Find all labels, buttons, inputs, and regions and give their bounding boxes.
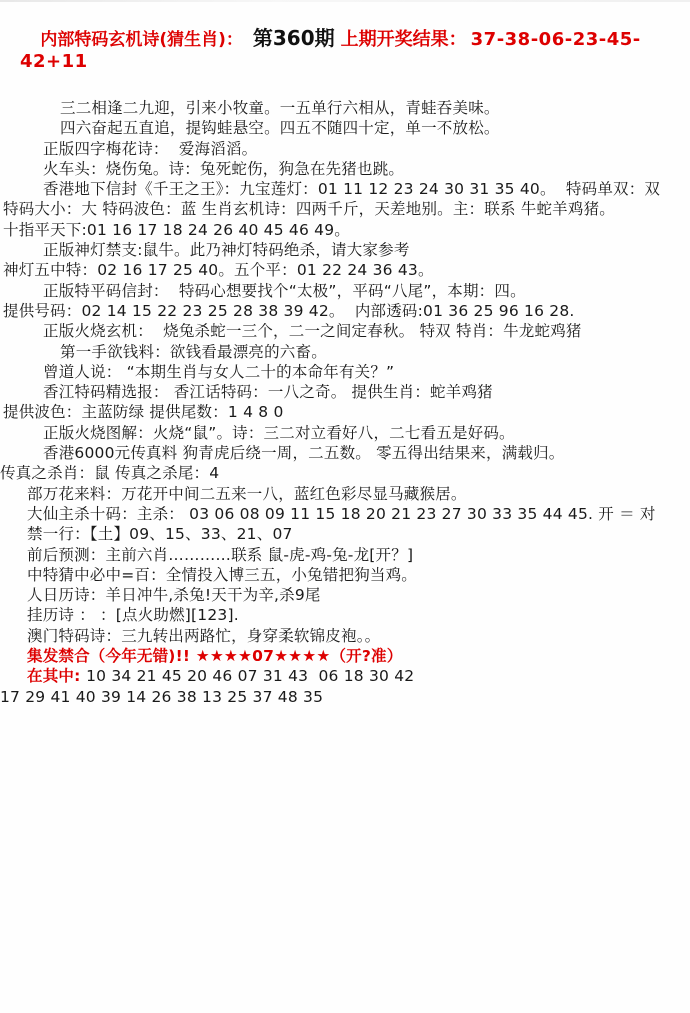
text-segment: 部万花来料：万花开中间二五来一八，蓝红色彩尽显马藏猴居。 (27, 485, 467, 503)
text-line: 正版神灯禁支:鼠牛。此乃神灯特码绝杀，请大家参考 (0, 240, 690, 260)
text-line: 挂历诗 ： ：[点火助燃][123]. (0, 605, 690, 625)
text-line: 提供波色：主蓝防绿 提供尾数：1 4 8 0 (0, 402, 690, 422)
content-lines: 三二相逢二九迎，引来小牧童。一五单行六相从，青蛙吞美味。四六奋起五直追，提钩蛙悬… (0, 97, 690, 707)
tip-sheet-page: 内部特码玄机诗(猜生肖)：第360期上期开奖结果：37-38-06-23-45-… (0, 0, 690, 1013)
text-line: 火车头：烧伤兔。诗：兔死蛇伤，狗急在先猪也跳。 (0, 159, 690, 179)
text-line: 十指平天下:01 16 17 18 24 26 40 45 46 49。 (0, 220, 690, 240)
text-line: 提供号码：02 14 15 22 23 25 28 38 39 42。 内部透码… (0, 301, 690, 321)
text-segment: 香港地下信封《千王之王》：九宝莲灯：01 11 12 23 24 30 31 3… (43, 180, 660, 198)
text-line: 正版火烧图解：火烧“鼠”。诗：三二对立看好八，二七看五是好码。 (0, 423, 690, 443)
previous-draw-label: 上期开奖结果： (341, 29, 467, 50)
text-segment: 人日历诗：羊日冲牛,杀兔!天干为辛,杀9尾 (27, 586, 321, 604)
text-line: 四六奋起五直追，提钩蛙悬空。四五不随四十定，单一不放松。 (0, 118, 690, 138)
text-segment: 第一手欲钱料：欲钱看最漂亮的六畜。 (60, 343, 327, 361)
text-segment: 香江特码精选报： 香江话特码：一八之奇。 提供生肖：蛇羊鸡猪 (43, 383, 493, 401)
text-line: 三二相逢二九迎，引来小牧童。一五单行六相从，青蛙吞美味。 (0, 98, 690, 118)
text-segment: 挂历诗 ： ：[点火助燃][123]. (27, 606, 239, 624)
header-title: 内部特码玄机诗(猜生肖)： (40, 30, 243, 50)
text-line: 香江特码精选报： 香江话特码：一八之奇。 提供生肖：蛇羊鸡猪 (0, 382, 690, 402)
text-segment: 火车头：烧伤兔。诗：兔死蛇伤，狗急在先猪也跳。 (43, 160, 404, 178)
scan-edge-artifact (0, 0, 690, 2)
text-segment: 在其中: (27, 667, 86, 685)
text-line: 澳门特码诗：三九转出两路忙，身穿柔软锦皮袍。。 (0, 626, 690, 646)
text-line: 香港6000元传真料 狗青虎后绕一周，二五数。 零五得出结果来，满载归。 (0, 443, 690, 463)
text-segment: 澳门特码诗：三九转出两路忙，身穿柔软锦皮袍。。 (27, 627, 380, 645)
text-segment: 禁一行：【土】09、15、33、21、07 (27, 525, 293, 543)
text-segment: 正版神灯禁支:鼠牛。此乃神灯特码绝杀，请大家参考 (43, 241, 410, 259)
text-line: 集发禁合（今年无错)!! ★★★★07★★★★（开?准） (0, 646, 690, 666)
text-segment: 17 29 41 40 39 14 26 38 13 25 37 48 35 (0, 688, 323, 706)
text-segment: 正版四字梅花诗： 爱海滔滔。 (43, 140, 257, 158)
page-header: 内部特码玄机诗(猜生肖)：第360期上期开奖结果：37-38-06-23-45-… (0, 0, 690, 97)
text-line: 部万花来料：万花开中间二五来一八，蓝红色彩尽显马藏猴居。 (0, 484, 690, 504)
issue-number: 第360期 (243, 26, 341, 50)
text-segment: 十指平天下:01 16 17 18 24 26 40 45 46 49。 (3, 221, 350, 239)
text-line: 人日历诗：羊日冲牛,杀兔!天干为辛,杀9尾 (0, 585, 690, 605)
text-line: 正版四字梅花诗： 爱海滔滔。 (0, 139, 690, 159)
text-line: 禁一行：【土】09、15、33、21、07 (0, 524, 690, 544)
text-segment: 大仙主杀十码：主杀： 03 06 08 09 11 15 18 20 21 23… (27, 505, 656, 523)
text-line: 曾道人说： “本期生肖与女人二十的本命年有关？” (0, 362, 690, 382)
text-segment: 特码大小：大 特码波色：蓝 生肖玄机诗：四两千斤，天差地别。主：联系 牛蛇羊鸡猪… (3, 200, 615, 218)
text-line: 正版火烧玄机： 烧兔杀蛇一三个，二一之间定春秋。 特双 特肖：牛龙蛇鸡猪 (0, 321, 690, 341)
text-segment: 前后预测：主前六肖…………联系 鼠-虎-鸡-兔-龙[开？] (27, 546, 413, 564)
text-segment: 正版火烧玄机： 烧兔杀蛇一三个，二一之间定春秋。 特双 特肖：牛龙蛇鸡猪 (43, 322, 582, 340)
text-line: 大仙主杀十码：主杀： 03 06 08 09 11 15 18 20 21 23… (0, 504, 690, 524)
text-line: 神灯五中特：02 16 17 25 40。五个平：01 22 24 36 43。 (0, 260, 690, 280)
text-segment: 神灯五中特：02 16 17 25 40。五个平：01 22 24 36 43。 (3, 261, 434, 279)
text-segment: 提供波色：主蓝防绿 提供尾数：1 4 8 0 (3, 403, 284, 421)
text-segment: 三二相逢二九迎，引来小牧童。一五单行六相从，青蛙吞美味。 (60, 99, 500, 117)
text-line: 前后预测：主前六肖…………联系 鼠-虎-鸡-兔-龙[开？] (0, 545, 690, 565)
text-segment: 正版特平码信封： 特码心想要找个“太极”，平码“八尾”，本期：四。 (43, 282, 526, 300)
text-line: 香港地下信封《千王之王》：九宝莲灯：01 11 12 23 24 30 31 3… (0, 179, 690, 199)
text-segment: 传真之杀肖：鼠 传真之杀尾：4 (0, 464, 219, 482)
text-segment: 曾道人说： “本期生肖与女人二十的本命年有关？” (43, 363, 394, 381)
text-line: 第一手欲钱料：欲钱看最漂亮的六畜。 (0, 342, 690, 362)
text-segment: 集发禁合（今年无错)!! ★★★★07★★★★（开?准） (27, 647, 402, 665)
text-line: 中特猜中必中=百：全情投入博三五，小兔错把狗当鸡。 (0, 565, 690, 585)
text-segment: 香港6000元传真料 狗青虎后绕一周，二五数。 零五得出结果来，满载归。 (43, 444, 565, 462)
text-segment: 正版火烧图解：火烧“鼠”。诗：三二对立看好八，二七看五是好码。 (43, 424, 515, 442)
text-line: 特码大小：大 特码波色：蓝 生肖玄机诗：四两千斤，天差地别。主：联系 牛蛇羊鸡猪… (0, 199, 690, 219)
text-segment: 中特猜中必中=百：全情投入博三五，小兔错把狗当鸡。 (27, 566, 417, 584)
text-segment: 四六奋起五直追，提钩蛙悬空。四五不随四十定，单一不放松。 (60, 119, 500, 137)
text-segment: 10 34 21 45 20 46 07 31 43 06 18 30 42 (86, 667, 414, 685)
text-line: 传真之杀肖：鼠 传真之杀尾：4 (0, 463, 690, 483)
text-line: 17 29 41 40 39 14 26 38 13 25 37 48 35 (0, 687, 690, 707)
text-line: 在其中: 10 34 21 45 20 46 07 31 43 06 18 30… (0, 666, 690, 686)
text-line: 正版特平码信封： 特码心想要找个“太极”，平码“八尾”，本期：四。 (0, 281, 690, 301)
text-segment: 提供号码：02 14 15 22 23 25 28 38 39 42。 内部透码… (3, 302, 575, 320)
